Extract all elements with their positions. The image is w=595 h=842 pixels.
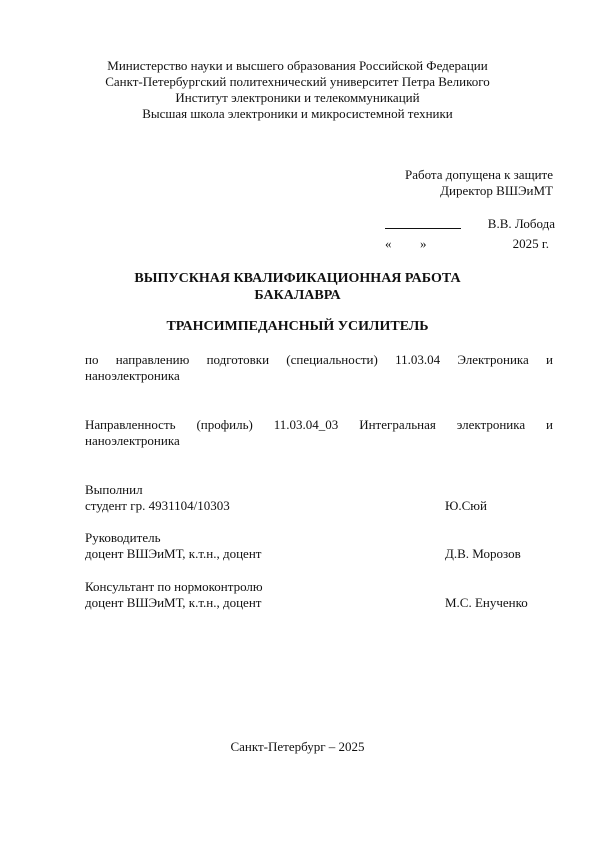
approval-date-quotes: « » bbox=[385, 236, 427, 252]
signature-name: Д.В. Морозов bbox=[445, 546, 521, 562]
header-institute: Институт электроники и телекоммуникаций bbox=[0, 90, 595, 106]
work-title: ВЫПУСКНАЯ КВАЛИФИКАЦИОННАЯ РАБОТА БАКАЛА… bbox=[0, 270, 595, 304]
signature-student: Выполнил студент гр. 4931104/10303 bbox=[85, 482, 230, 514]
work-degree: БАКАЛАВРА bbox=[0, 287, 595, 304]
approval-line1: Работа допущена к защите bbox=[405, 167, 553, 183]
approval-block: Работа допущена к защите Директор ВШЭиМТ bbox=[405, 167, 553, 199]
footer-place-year: Санкт-Петербург – 2025 bbox=[0, 739, 595, 755]
approval-signer: В.В. Лобода bbox=[488, 216, 555, 232]
approval-signature: В.В. Лобода « » 2025 г. bbox=[385, 216, 555, 252]
open-quote: « bbox=[385, 236, 392, 251]
work-topic: ТРАНСИМПЕДАНСНЫЙ УСИЛИТЕЛЬ bbox=[0, 318, 595, 335]
signature-consultant: Консультант по нормоконтролю доцент ВШЭи… bbox=[85, 579, 263, 611]
signature-line bbox=[385, 216, 461, 229]
signature-position: доцент ВШЭиМТ, к.т.н., доцент bbox=[85, 595, 263, 611]
institution-header: Министерство науки и высшего образования… bbox=[0, 58, 595, 122]
profile-block: Направленность (профиль) 11.03.04_03 Инт… bbox=[85, 417, 553, 449]
header-university: Санкт-Петербургский политехнический унив… bbox=[0, 74, 595, 90]
signature-position: доцент ВШЭиМТ, к.т.н., доцент bbox=[85, 546, 261, 562]
direction-line1: по направлению подготовки (специальности… bbox=[85, 352, 553, 368]
signature-role: Выполнил bbox=[85, 482, 230, 498]
header-school: Высшая школа электроники и микросистемно… bbox=[0, 106, 595, 122]
signature-role: Консультант по нормоконтролю bbox=[85, 579, 263, 595]
approval-line2: Директор ВШЭиМТ bbox=[405, 183, 553, 199]
signature-name: М.С. Енученко bbox=[445, 595, 528, 611]
signature-supervisor: Руководитель доцент ВШЭиМТ, к.т.н., доце… bbox=[85, 530, 261, 562]
approval-year: 2025 г. bbox=[513, 236, 549, 252]
direction-line2: наноэлектроника bbox=[85, 368, 553, 384]
work-type: ВЫПУСКНАЯ КВАЛИФИКАЦИОННАЯ РАБОТА bbox=[0, 270, 595, 287]
direction-block: по направлению подготовки (специальности… bbox=[85, 352, 553, 384]
signature-position: студент гр. 4931104/10303 bbox=[85, 498, 230, 514]
profile-line2: наноэлектроника bbox=[85, 433, 553, 449]
signature-role: Руководитель bbox=[85, 530, 261, 546]
close-quote: » bbox=[420, 236, 427, 251]
signature-name: Ю.Сюй bbox=[445, 498, 487, 514]
profile-line1: Направленность (профиль) 11.03.04_03 Инт… bbox=[85, 417, 553, 433]
header-ministry: Министерство науки и высшего образования… bbox=[0, 58, 595, 74]
